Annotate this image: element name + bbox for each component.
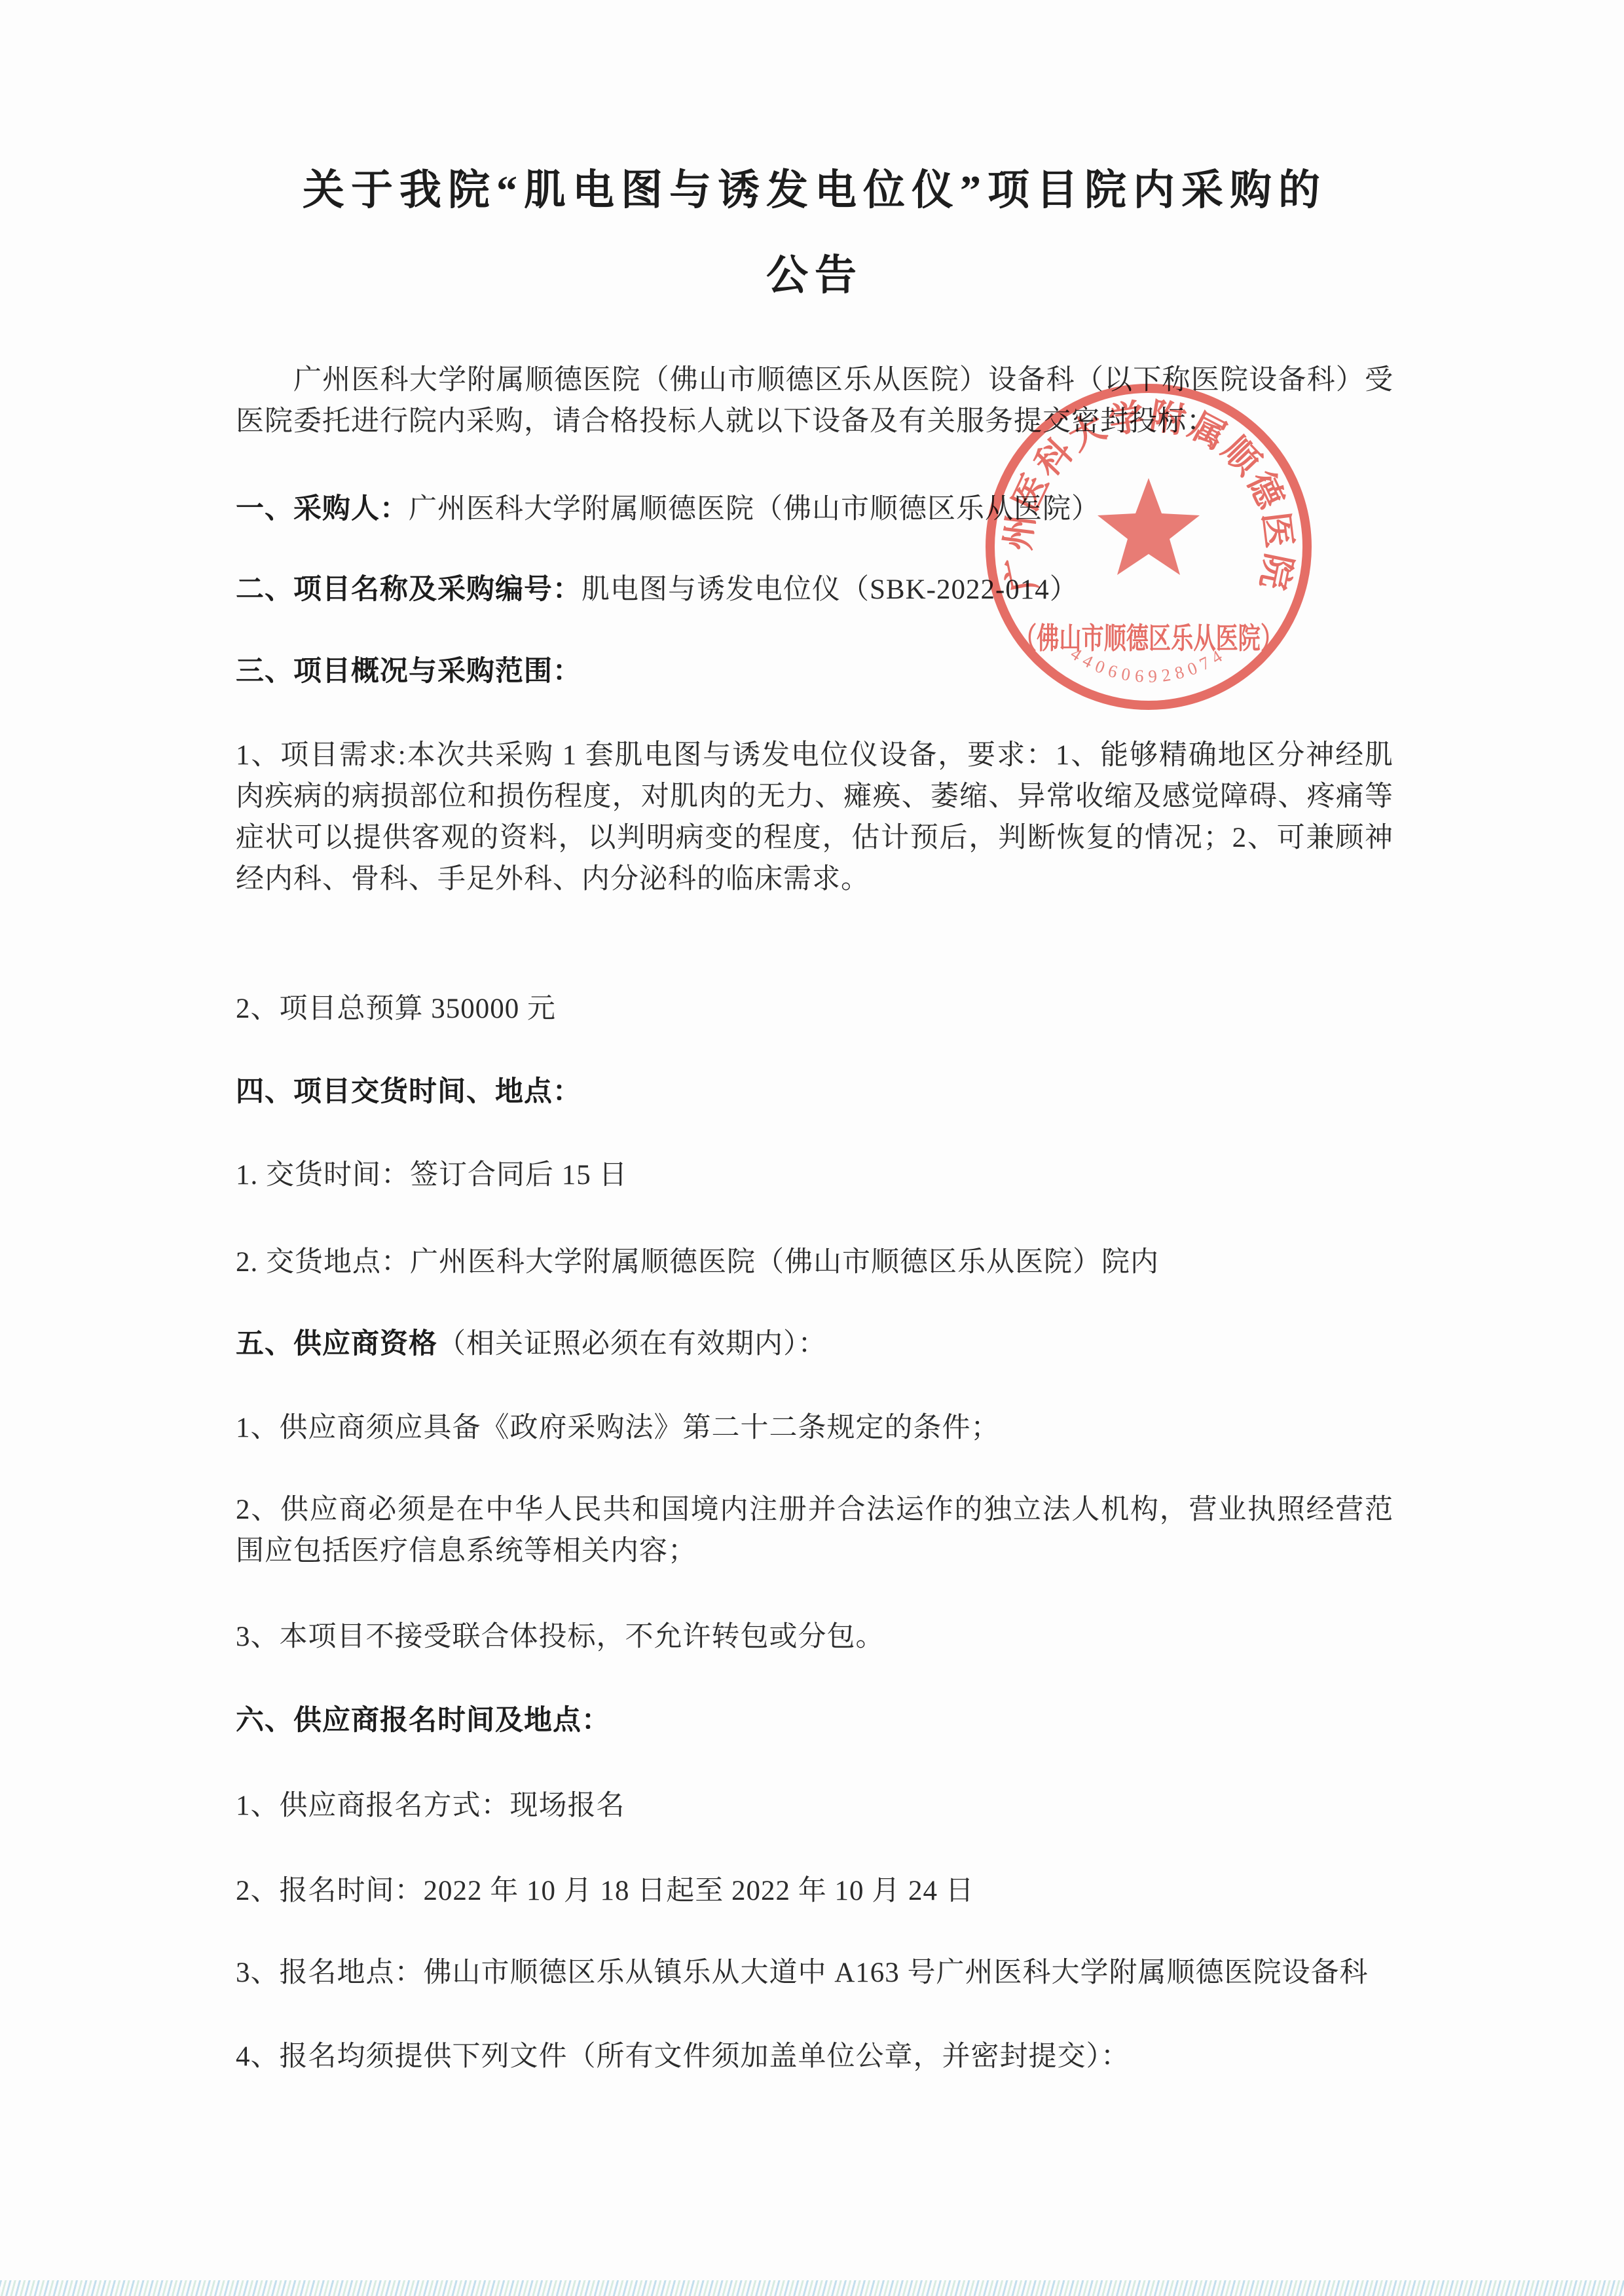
item-project-name: 二、项目名称及采购编号：肌电图与诱发电位仪（SBK-2022-014） — [236, 569, 1393, 610]
para-qualification-2: 2、供应商必须是在中华人民共和国境内注册并合法运作的独立法人机构，营业执照经营范… — [236, 1489, 1393, 1572]
item-registration-method: 1、供应商报名方式：现场报名 — [236, 1785, 1393, 1826]
seal-inner-text: （佛山市顺德区乐从医院） — [1014, 622, 1283, 655]
item-qualification-3-text: 3、本项目不接受联合体投标，不允许转包或分包。 — [236, 1621, 885, 1652]
para-qualification-2-line-1: 2、供应商必须是在中华人民共和国境内注册并合法运作的独立法人机构，营业执照经营范 — [236, 1489, 1393, 1530]
item-registration-documents-text: 4、报名均须提供下列文件（所有文件须加盖单位公章，并密封提交）： — [236, 2041, 1130, 2072]
item-registration-time-text: 2、报名时间：2022 年 10 月 18 日起至 2022 年 10 月 24… — [236, 1876, 974, 1906]
item-budget-text: 2、项目总预算 350000 元 — [236, 993, 556, 1024]
heading-project-overview: 三、项目概况与采购范围： — [236, 651, 1393, 692]
intro-line-2: 医院委托进行院内采购，请合格投标人就以下设备及有关服务提交密封投标： — [236, 401, 1393, 442]
page-title: 关于我院“肌电图与诱发电位仪”项目院内采购的 公告 — [236, 148, 1393, 318]
page-title-line-2: 公告 — [236, 233, 1393, 318]
item-delivery-time: 1. 交货时间：签订合同后 15 日 — [236, 1155, 1393, 1196]
item-budget: 2、项目总预算 350000 元 — [236, 988, 1393, 1029]
item-purchaser: 一、采购人：广州医科大学附属顺德医院（佛山市顺德区乐从医院） — [236, 489, 1393, 530]
item-registration-place: 3、报名地点：佛山市顺德区乐从镇乐从大道中 A163 号广州医科大学附属顺德医院… — [236, 1952, 1393, 1993]
para-project-requirements-line-3: 症状可以提供客观的资料，以判明病变的程度，估计预后，判断恢复的情况；2、可兼顾神 — [236, 817, 1393, 859]
heading-delivery: 四、项目交货时间、地点： — [236, 1071, 1393, 1113]
para-project-requirements: 1、项目需求:本次共采购 1 套肌电图与诱发电位仪设备，要求：1、能够精确地区分… — [236, 735, 1393, 900]
heading-registration-label: 六、供应商报名时间及地点： — [236, 1705, 610, 1736]
heading-supplier-qualification-label: 五、供应商资格 — [236, 1329, 437, 1360]
para-project-requirements-line-1: 1、项目需求:本次共采购 1 套肌电图与诱发电位仪设备，要求：1、能够精确地区分… — [236, 735, 1393, 776]
heading-supplier-qualification-note: （相关证照必须在有效期内）： — [437, 1329, 827, 1360]
para-qualification-2-line-2: 围应包括医疗信息系统等相关内容； — [236, 1530, 1393, 1572]
item-qualification-3: 3、本项目不接受联合体投标，不允许转包或分包。 — [236, 1616, 1393, 1657]
document-page: 关于我院“肌电图与诱发电位仪”项目院内采购的 公告 广州医科大学附属顺德医院（佛… — [0, 0, 1624, 2296]
item-delivery-place-text: 2. 交货地点：广州医科大学附属顺德医院（佛山市顺德区乐从医院）院内 — [236, 1247, 1159, 1278]
page-title-line-1: 关于我院“肌电图与诱发电位仪”项目院内采购的 — [236, 148, 1393, 233]
heading-registration: 六、供应商报名时间及地点： — [236, 1700, 1393, 1741]
para-project-requirements-line-4: 经内科、骨科、手足外科、内分泌科的临床需求。 — [236, 859, 1393, 900]
item-registration-method-text: 1、供应商报名方式：现场报名 — [236, 1790, 625, 1821]
intro-line-1: 广州医科大学附属顺德医院（佛山市顺德区乐从医院）设备科（以下称医院设备科）受 — [236, 360, 1393, 401]
item-purchaser-label: 一、采购人： — [236, 494, 409, 525]
intro-paragraph: 广州医科大学附属顺德医院（佛山市顺德区乐从医院）设备科（以下称医院设备科）受 医… — [236, 360, 1393, 442]
item-qualification-1: 1、供应商须应具备《政府采购法》第二十二条规定的条件； — [236, 1407, 1393, 1449]
item-project-name-text: 肌电图与诱发电位仪（SBK-2022-014） — [581, 574, 1079, 605]
item-registration-documents: 4、报名均须提供下列文件（所有文件须加盖单位公章，并密封提交）： — [236, 2036, 1393, 2077]
item-registration-place-text: 3、报名地点：佛山市顺德区乐从镇乐从大道中 A163 号广州医科大学附属顺德医院… — [236, 1957, 1369, 1988]
heading-supplier-qualification: 五、供应商资格（相关证照必须在有效期内）： — [236, 1324, 1393, 1365]
item-purchaser-text: 广州医科大学附属顺德医院（佛山市顺德区乐从医院） — [409, 494, 1100, 525]
item-qualification-1-text: 1、供应商须应具备《政府采购法》第二十二条规定的条件； — [236, 1413, 1000, 1443]
para-project-requirements-line-2: 肉疾病的病损部位和损伤程度，对肌肉的无力、瘫痪、萎缩、异常收缩及感觉障碍、疼痛等 — [236, 776, 1393, 817]
item-delivery-time-text: 1. 交货时间：签订合同后 15 日 — [236, 1160, 628, 1191]
scan-bottom-edge-pattern — [0, 2280, 1624, 2296]
item-registration-time: 2、报名时间：2022 年 10 月 18 日起至 2022 年 10 月 24… — [236, 1870, 1393, 1912]
item-project-name-label: 二、项目名称及采购编号： — [236, 574, 581, 605]
heading-delivery-label: 四、项目交货时间、地点： — [236, 1077, 581, 1107]
item-delivery-place: 2. 交货地点：广州医科大学附属顺德医院（佛山市顺德区乐从医院）院内 — [236, 1242, 1393, 1283]
heading-project-overview-label: 三、项目概况与采购范围： — [236, 656, 581, 687]
